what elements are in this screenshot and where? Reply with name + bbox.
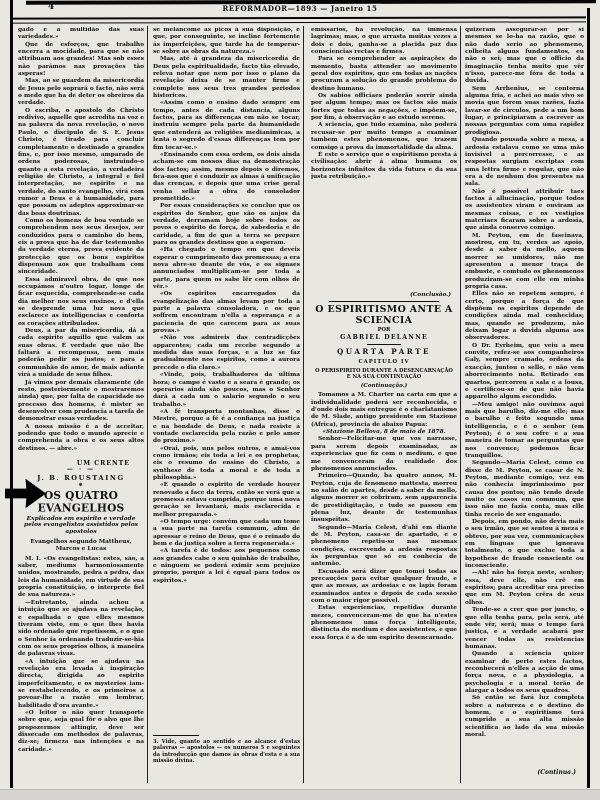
footnote-text: 3. Vide, quanto ao sentido e ao alcance … bbox=[153, 739, 300, 764]
text-paragraph: quizeram assegurar-se por si mesmos se l… bbox=[465, 27, 584, 86]
continuation-mark: (Continuação.) bbox=[311, 382, 457, 390]
column-4-text: quizeram assegurar-se por si mesmos se l… bbox=[465, 27, 584, 765]
text-paragraph: Elles não se repetem sempre, é certo, po… bbox=[465, 291, 584, 342]
text-paragraph: «A intuição que se ajudava na revelação … bbox=[18, 659, 144, 710]
text-paragraph: «Assim como o ensino dado sempre em temp… bbox=[153, 100, 300, 151]
text-paragraph: Deus, a par da misericordia, dá a cada e… bbox=[18, 328, 144, 379]
text-paragraph: «Ha chegado o tempo em que deveis espera… bbox=[153, 247, 300, 291]
byline-delanne: GABRIEL DELANNE bbox=[311, 334, 457, 342]
text-paragraph: «A fé transporta montanhas, disse o Mest… bbox=[153, 409, 300, 446]
column-2-text: se melancome as picos á sua disposição, … bbox=[153, 27, 300, 731]
text-paragraph: «Vinde, pois, trabalhadores da ultima ho… bbox=[153, 372, 300, 409]
por-label: POR bbox=[311, 327, 457, 334]
text-paragraph: —Ah! não ha força neste, senhor; essa, d… bbox=[465, 570, 584, 607]
text-paragraph: se melancome as picos á sua disposição, … bbox=[153, 27, 300, 56]
text-paragraph: Por essas considerações se conclue que o… bbox=[153, 203, 300, 247]
byline-rule bbox=[367, 344, 401, 345]
column-3-body-text: Tomamos a M. Charter na carta em que a i… bbox=[311, 392, 457, 642]
headline-espiritismo-sciencia: O ESPIRITISMO ANTE A SCIENCIA bbox=[311, 304, 457, 326]
text-paragraph: Escusado será dizer que tomei todas as p… bbox=[311, 569, 457, 606]
text-paragraph: Primeiro—Quando, ha quatro annos, M. Pey… bbox=[311, 473, 457, 524]
article-separator-rule bbox=[329, 301, 439, 302]
text-paragraph: «O tempo urge: convém que cada um tome a… bbox=[153, 519, 300, 548]
column-1-top-text: gado e a multidão das suas variedades.»Q… bbox=[18, 27, 144, 457]
text-paragraph: Essa admiravel obra, de que nos occupámo… bbox=[18, 277, 144, 328]
text-paragraph: «Orai, pois, uns pelos outros, e amai-vo… bbox=[153, 446, 300, 483]
newspaper-page: 4 REFORMADOR—1893 — Janeiro 15 gado e a … bbox=[0, 0, 600, 800]
text-paragraph: «O leitor o não quer transporte sobre qu… bbox=[18, 710, 144, 754]
text-paragraph: Tende-se a crer que por juncto, o que el… bbox=[465, 607, 584, 651]
text-paragraph: M. I. «Os evangelistas: estes, são, a sa… bbox=[18, 556, 144, 600]
column-3-top-text: emissarios, ha revolução, na immensa lag… bbox=[311, 27, 457, 291]
text-paragraph: «A tarefa é de todos: aos pequenos como … bbox=[153, 548, 300, 585]
text-paragraph: «Não vos admireis das contradicções appa… bbox=[153, 335, 300, 372]
text-paragraph: emissarios, ha revolução, na immensa lag… bbox=[311, 27, 457, 56]
text-paragraph: O Dr. Eyrheim, que veiu a meu convite, r… bbox=[465, 343, 584, 402]
text-paragraph: Mas, ao se guardem da misericordia de Je… bbox=[18, 78, 144, 107]
text-paragraph: Os sabios officiaes poderão sorrir ainda… bbox=[311, 93, 457, 122]
footnote-block: 3. Vide, quanto ao sentido e ao alcance … bbox=[153, 735, 300, 764]
header-double-rule bbox=[13, 16, 586, 23]
subtitle-quatro-evangelhos: Explicados em espirito e verdade pelos e… bbox=[18, 516, 144, 536]
text-paragraph: Como os homens de boa vontade se compreh… bbox=[18, 218, 144, 277]
text-paragraph: «E quando o espirito de verdade houver r… bbox=[153, 482, 300, 519]
text-paragraph: —Entretanto, ainda achou a intuição que … bbox=[18, 600, 144, 659]
text-paragraph: gado e a multidão das suas variedades.» bbox=[18, 27, 144, 42]
text-paragraph: Quando a sciencia quizer examinar de per… bbox=[465, 651, 584, 695]
column-divider-3 bbox=[460, 26, 461, 783]
text-paragraph: É este o serviço que o espiritismo prest… bbox=[311, 152, 457, 181]
text-paragraph: Só então se fará luz completa sobre a na… bbox=[465, 695, 584, 739]
column-2: se melancome as picos á sua disposição, … bbox=[153, 27, 300, 783]
text-paragraph: Que de esforços, que trabalho encerra a … bbox=[18, 42, 144, 79]
text-paragraph: Depois, em pondo, não devia mais o seu i… bbox=[465, 519, 584, 570]
text-paragraph: Segundo—Maria Celest, d'ahi em diante de… bbox=[311, 525, 457, 569]
page-bottom-edge bbox=[0, 789, 600, 800]
part-heading: QUARTA PARTE bbox=[311, 347, 457, 357]
scanned-page-content: 4 REFORMADOR—1893 — Janeiro 15 gado e a … bbox=[0, 0, 600, 800]
column-divider-2 bbox=[303, 26, 304, 783]
text-paragraph: Tomamos a M. Charter na carta em que a i… bbox=[311, 392, 457, 429]
text-paragraph: Sem Arrhenius, se contorna alguma fria, … bbox=[465, 86, 584, 137]
text-paragraph: Não é possivel attribuir taes factos á a… bbox=[465, 189, 584, 233]
column-3: emissarios, ha revolução, na immensa lag… bbox=[311, 27, 457, 783]
continua-mark: (Continua.) bbox=[465, 769, 584, 776]
dash-rule: — · — bbox=[18, 467, 144, 473]
chapter-subtitle: O PERISPIRITO DURANTE A DESENCARNAÇÃO E … bbox=[311, 368, 457, 380]
text-paragraph: —Meu amigo! não ouvimos aqui mais que ba… bbox=[465, 402, 584, 461]
conclusion-mark: (Conclusão.) bbox=[311, 291, 457, 299]
chapter-heading: CAPITULO IV bbox=[311, 359, 457, 366]
column-divider-1 bbox=[147, 26, 148, 783]
right-border-rule bbox=[587, 8, 590, 788]
text-paragraph: A sciencia, que tudo examina, não poderá… bbox=[311, 122, 457, 151]
byline-roustaing: J. B. ROUSTAING bbox=[18, 475, 144, 482]
text-paragraph: Senhor—Felicitar-me que vos narrasse, pa… bbox=[311, 436, 457, 473]
text-paragraph: M. Peyton, em de fascinava, mostrou, em … bbox=[465, 233, 584, 292]
text-paragraph: Quando pousada sobre a mesa, a ardosia e… bbox=[465, 137, 584, 188]
text-paragraph: Para se comprehender as aspirações do mo… bbox=[311, 56, 457, 93]
running-title: REFORMADOR—1893 — Janeiro 15 bbox=[140, 4, 460, 13]
subhead-evangelhos: Evangelhos segundo Mattheus, Marcos e Lu… bbox=[18, 539, 144, 554]
column-4: quizeram assegurar-se por si mesmos se l… bbox=[465, 27, 584, 783]
footnote-rule bbox=[153, 735, 199, 736]
text-paragraph: Mas, até á grandeza da misericordia de D… bbox=[153, 56, 300, 100]
text-paragraph: «Os espiritos encarregados da evangeliza… bbox=[153, 291, 300, 335]
text-paragraph: Estas experiencias, repetidas durante me… bbox=[311, 605, 457, 642]
text-paragraph: O escriba, o apostolo do Christo rediviv… bbox=[18, 108, 144, 218]
column-1-bottom-text: M. I. «Os evangelistas: estes, são, a sa… bbox=[18, 556, 144, 754]
left-border-rule bbox=[10, 0, 13, 788]
text-paragraph: Segundo—Maria Celest, como eu disse de M… bbox=[465, 460, 584, 519]
text-paragraph: «Stazione Bellova, 8 de maio de 1878. bbox=[311, 429, 457, 436]
text-paragraph: A nossa missão é a de acceitar, podendo … bbox=[18, 424, 144, 453]
column-1: gado e a multidão das suas variedades.»Q… bbox=[18, 27, 144, 783]
text-paragraph: «Ensinando com essa ordem, os dois ainda… bbox=[153, 152, 300, 203]
page-number: 4 bbox=[48, 2, 54, 12]
text-paragraph: Já vimos por demais claramente (de resto… bbox=[18, 380, 144, 424]
